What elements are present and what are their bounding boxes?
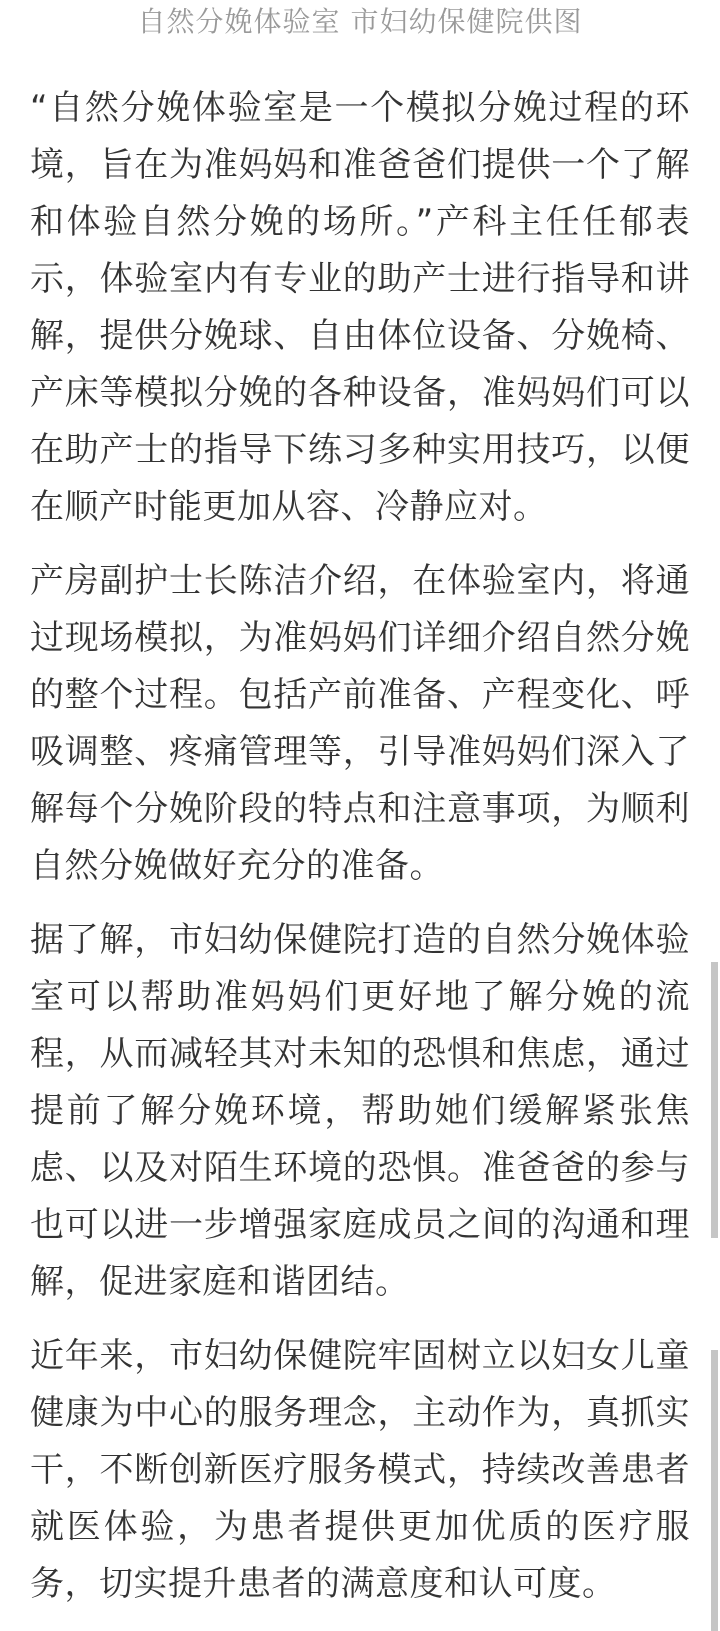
scrollbar-thumb[interactable] [711,962,718,1238]
article-paragraph: 据了解，市妇幼保健院打造的自然分娩体验室可以帮助准妈妈们更好地了解分娩的流程，从… [30,912,690,1311]
article-page: 自然分娩体验室 市妇幼保健院供图 “自然分娩体验室是一个模拟分娩过程的环境，旨在… [0,0,720,1631]
article-paragraph: “自然分娩体验室是一个模拟分娩过程的环境，旨在为准妈妈和准爸爸们提供一个了解和体… [30,80,690,536]
article-paragraph: 近年来，市妇幼保健院牢固树立以妇女儿童健康为中心的服务理念，主动作为，真抓实干，… [30,1328,690,1613]
article-paragraph: 产房副护士长陈洁介绍，在体验室内，将通过现场模拟，为准妈妈们详细介绍自然分娩的整… [30,553,690,895]
scrollbar-thumb[interactable] [711,1350,718,1631]
image-caption: 自然分娩体验室 市妇幼保健院供图 [0,0,720,44]
article-body: “自然分娩体验室是一个模拟分娩过程的环境，旨在为准妈妈和准爸爸们提供一个了解和体… [0,80,720,1613]
